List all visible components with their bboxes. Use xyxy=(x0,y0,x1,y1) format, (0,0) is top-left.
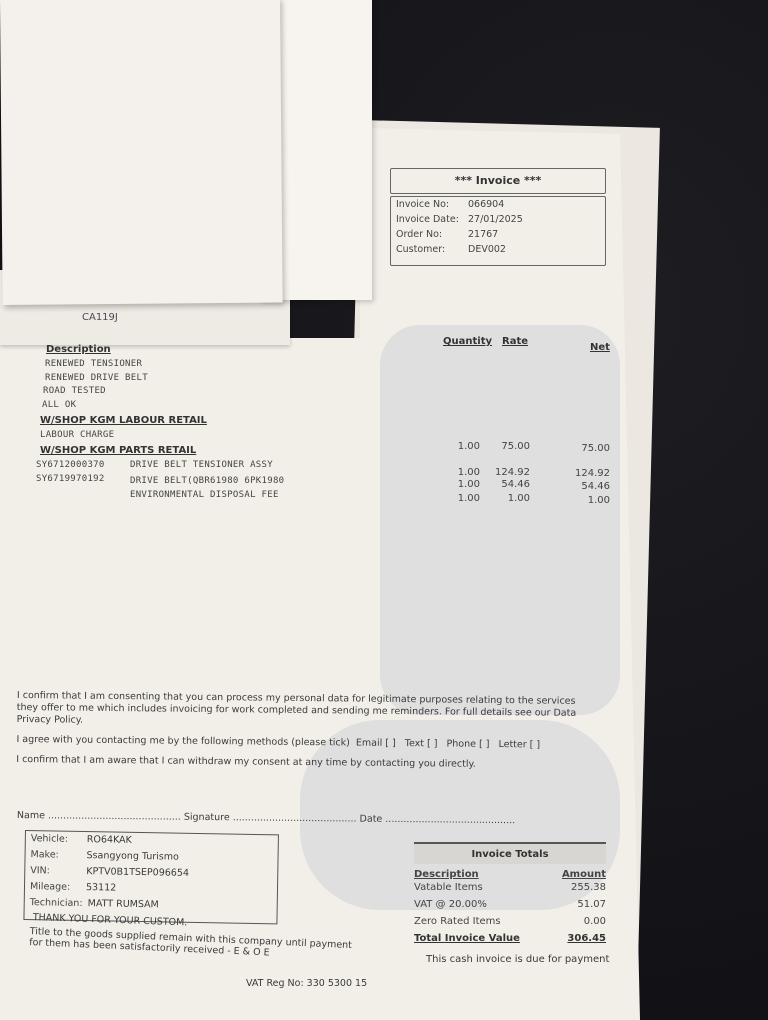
column-description: Description xyxy=(46,344,111,355)
totals-row: VAT @ 20.00%51.07 xyxy=(414,896,606,913)
table-row: SY6719970192 DRIVE BELT(QBR61980 6PK1980… xyxy=(40,472,600,486)
total-invoice-value-row: Total Invoice Value 306.45 xyxy=(414,930,606,947)
work-note: ALL OK xyxy=(40,399,600,413)
date-field[interactable]: Date ...................................… xyxy=(360,814,516,827)
column-rate: Rate xyxy=(502,336,528,347)
vehicle-details-box: Vehicle:RO64KAK Make:Ssangyong Turismo V… xyxy=(23,830,279,924)
signature-field[interactable]: Signature ..............................… xyxy=(184,812,357,825)
phone-checkbox[interactable]: Phone [ ] xyxy=(446,739,489,750)
totals-row: Zero Rated Items0.00 xyxy=(414,913,606,930)
info-row-customer: Customer:DEV002 xyxy=(391,242,605,257)
consent-section: I confirm that I am consenting that you … xyxy=(16,690,577,780)
email-checkbox[interactable]: Email [ ] xyxy=(356,738,396,749)
work-note: ROAD TESTED xyxy=(40,385,600,399)
invoice-info-box: Invoice No:066904 Invoice Date:27/01/202… xyxy=(390,196,606,266)
partial-code: CA119J xyxy=(82,312,118,323)
name-field[interactable]: Name ...................................… xyxy=(17,810,181,823)
text-checkbox[interactable]: Text [ ] xyxy=(405,738,438,749)
column-net: Net xyxy=(590,342,610,353)
table-row: SY6712000370 DRIVE BELT TENSIONER ASSY 1… xyxy=(40,458,600,472)
work-note: RENEWED TENSIONER xyxy=(40,358,600,372)
table-row: LABOUR CHARGE 1.00 75.00 75.00 xyxy=(40,428,600,442)
column-quantity: Quantity xyxy=(443,336,492,347)
table-row: ENVIRONMENTAL DISPOSAL FEE 1.00 1.00 1.0… xyxy=(40,486,600,500)
invoice-title-box: *** Invoice *** xyxy=(390,168,606,194)
letter-checkbox[interactable]: Letter [ ] xyxy=(498,739,540,750)
work-note: RENEWED DRIVE BELT xyxy=(40,372,600,386)
totals-row: Vatable Items255.38 xyxy=(414,879,606,896)
contact-methods-line: I agree with you contacting me by the fo… xyxy=(16,734,576,752)
withdraw-consent-paragraph: I confirm that I am aware that I can wit… xyxy=(16,754,576,772)
info-row-order-no: Order No:21767 xyxy=(391,227,605,242)
info-row-invoice-date: Invoice Date:27/01/2025 xyxy=(391,212,605,227)
totals-title: Invoice Totals xyxy=(414,842,606,864)
consent-paragraph: I confirm that I am consenting that you … xyxy=(17,690,577,732)
loose-paper-left xyxy=(0,0,283,305)
invoice-totals: Invoice Totals Description Amount Vatabl… xyxy=(414,842,606,947)
payment-due-note: This cash invoice is due for payment xyxy=(426,954,609,965)
labour-section-title: W/SHOP KGM LABOUR RETAIL xyxy=(40,412,600,428)
vat-reg-number: VAT Reg No: 330 5300 15 xyxy=(246,978,367,989)
info-row-invoice-no: Invoice No:066904 xyxy=(391,197,605,212)
line-items: RENEWED TENSIONER RENEWED DRIVE BELT ROA… xyxy=(40,358,600,500)
